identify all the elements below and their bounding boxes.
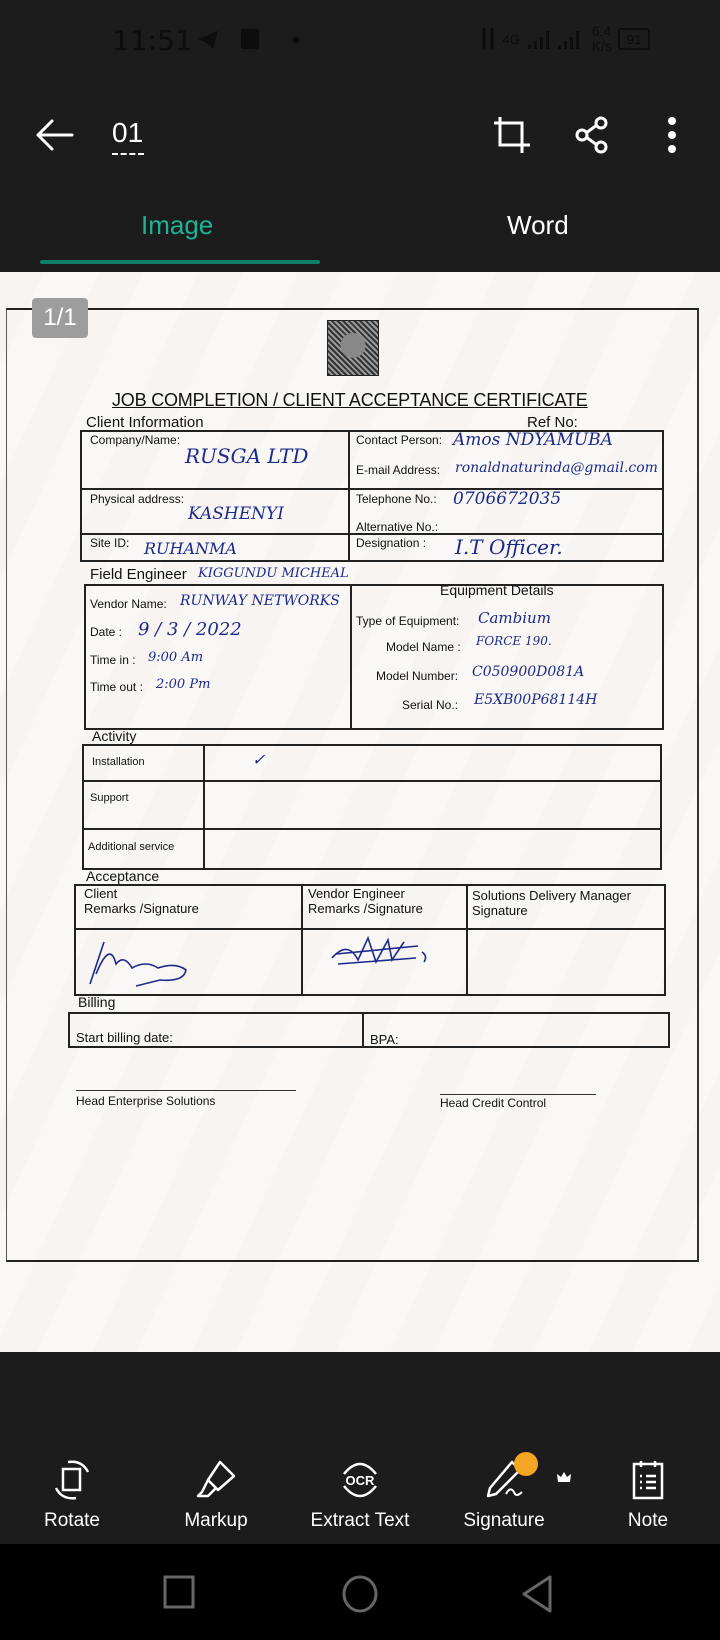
company-label: Company/Name: [90, 433, 180, 447]
recents-icon[interactable] [162, 1574, 196, 1610]
tab-image[interactable]: Image [141, 210, 213, 241]
vendor-signature [328, 930, 438, 980]
billing-heading: Billing [78, 994, 115, 1010]
active-tab-indicator [40, 260, 320, 264]
note-button[interactable]: Note [588, 1444, 708, 1544]
phone-value: 0706672035 [453, 489, 561, 509]
home-icon[interactable] [340, 1574, 380, 1614]
status-time: 11:51 [112, 24, 193, 57]
designation-value: I.T Officer. [455, 535, 563, 559]
tab-word[interactable]: Word [507, 210, 569, 241]
activity-row-value: ✓ [252, 750, 265, 769]
certificate-title: JOB COMPLETION / CLIENT ACCEPTANCE CERTI… [112, 390, 588, 411]
vendor-value: RUNWAY NETWORKS [180, 593, 340, 609]
activity-row-label: Additional service [88, 841, 174, 853]
time-in-value: 9:00 Am [148, 650, 203, 665]
head-credit-control: Head Credit Control [440, 1096, 546, 1110]
site-id-value: RUHANMA [144, 539, 237, 558]
divider [362, 1012, 364, 1048]
divider [350, 584, 352, 730]
head-enterprise-solutions: Head Enterprise Solutions [76, 1094, 215, 1108]
signature-line [76, 1090, 296, 1091]
back-triangle-icon[interactable] [520, 1574, 556, 1614]
client-info-heading: Client Information [86, 414, 204, 431]
signature-line [440, 1094, 596, 1095]
rotate-icon [50, 1458, 94, 1502]
divider [348, 430, 350, 562]
time-out-label: Time out : [90, 680, 143, 694]
vendor-label: Vendor Name: [90, 597, 167, 611]
designation-label: Designation : [356, 536, 426, 550]
document-title[interactable]: 01 [112, 117, 143, 149]
signal-icon [526, 27, 586, 51]
divider [82, 828, 662, 830]
network-type: 4G [502, 32, 519, 47]
divider [82, 780, 662, 782]
equipment-heading: Equipment Details [440, 582, 554, 598]
serial-value: E5XB00P68114H [474, 692, 597, 708]
date-label: Date : [90, 625, 122, 639]
signature-button[interactable]: Signature [444, 1444, 564, 1544]
address-value: KASHENYI [188, 504, 284, 524]
status-right: 4G 6.4 K/s 91 [480, 24, 650, 54]
bpa-label: BPA: [370, 1032, 399, 1047]
client-signature [86, 934, 196, 990]
share-icon[interactable] [570, 113, 614, 157]
battery-icon: 91 [618, 28, 650, 50]
notes-icon [240, 28, 260, 50]
divider [466, 884, 468, 996]
activity-row-label: Support [90, 792, 129, 804]
telegram-icon [196, 28, 220, 52]
page-indicator: 1/1 [32, 298, 88, 338]
extract-text-button[interactable]: OCR Extract Text [300, 1444, 420, 1544]
site-id-label: Site ID: [90, 536, 129, 550]
contact-value: Amos NDYAMUBA [453, 430, 613, 450]
title-underline [112, 153, 144, 155]
data-transfer-icon [480, 26, 496, 52]
network-speed: 6.4 K/s [592, 24, 612, 54]
rotate-button[interactable]: Rotate [12, 1444, 132, 1544]
divider [80, 488, 664, 490]
bottom-toolbar: Rotate Markup OCR Extract Text Signature… [0, 1444, 720, 1544]
field-engineer-heading: Field Engineer [90, 566, 187, 583]
company-logo [327, 320, 379, 376]
model-name-label: Model Name : [386, 640, 461, 654]
ocr-icon: OCR [338, 1458, 382, 1502]
field-engineer-name: KIGGUNDU MICHEAL [198, 566, 349, 581]
serial-label: Serial No.: [402, 698, 458, 712]
address-label: Physical address: [90, 492, 184, 506]
activity-heading: Activity [92, 728, 136, 744]
date-value: 9 / 3 / 2022 [138, 619, 242, 640]
more-vert-icon[interactable] [650, 113, 694, 157]
divider [301, 884, 303, 996]
highlighter-icon [194, 1458, 238, 1502]
app-bar: 01 [0, 95, 720, 175]
view-tabs: Image Word [0, 190, 720, 265]
start-billing-date-label: Start billing date: [76, 1030, 173, 1045]
crop-icon[interactable] [490, 113, 534, 157]
alt-phone-label: Alternative No.: [356, 520, 438, 534]
dot-icon [292, 36, 300, 44]
acceptance-col-vendor: Vendor EngineerRemarks /Signature [308, 886, 423, 916]
model-name-value: FORCE 190. [476, 634, 552, 648]
time-out-value: 2:00 Pm [156, 677, 210, 692]
system-nav-bar [0, 1544, 720, 1640]
email-value: ronaldnaturinda@gmail.com [455, 460, 658, 476]
note-icon [626, 1458, 670, 1502]
model-number-label: Model Number: [376, 669, 458, 683]
svg-text:OCR: OCR [346, 1473, 376, 1488]
activity-row-label: Installation [92, 756, 145, 768]
premium-crown-icon [514, 1452, 538, 1476]
status-bar: 11:51 4G 6.4 K/s 91 [0, 0, 720, 80]
divider [203, 744, 205, 870]
equipment-type-label: Type of Equipment: [356, 614, 459, 628]
phone-label: Telephone No.: [356, 492, 437, 506]
acceptance-heading: Acceptance [86, 868, 159, 884]
time-in-label: Time in : [90, 653, 136, 667]
arrow-left-icon[interactable] [32, 113, 76, 157]
acceptance-col-sdm: Solutions Delivery ManagerSignature [472, 888, 631, 918]
contact-label: Contact Person: [356, 433, 442, 447]
ref-no-label: Ref No: [527, 414, 578, 431]
equipment-type-value: Cambium [478, 609, 551, 627]
email-label: E-mail Address: [356, 463, 440, 477]
document-image[interactable]: JOB COMPLETION / CLIENT ACCEPTANCE CERTI… [0, 272, 720, 1352]
model-number-value: C050900D081A [472, 664, 584, 680]
acceptance-col-client: ClientRemarks /Signature [84, 886, 199, 916]
markup-button[interactable]: Markup [156, 1444, 276, 1544]
company-value: RUSGA LTD [185, 444, 308, 468]
